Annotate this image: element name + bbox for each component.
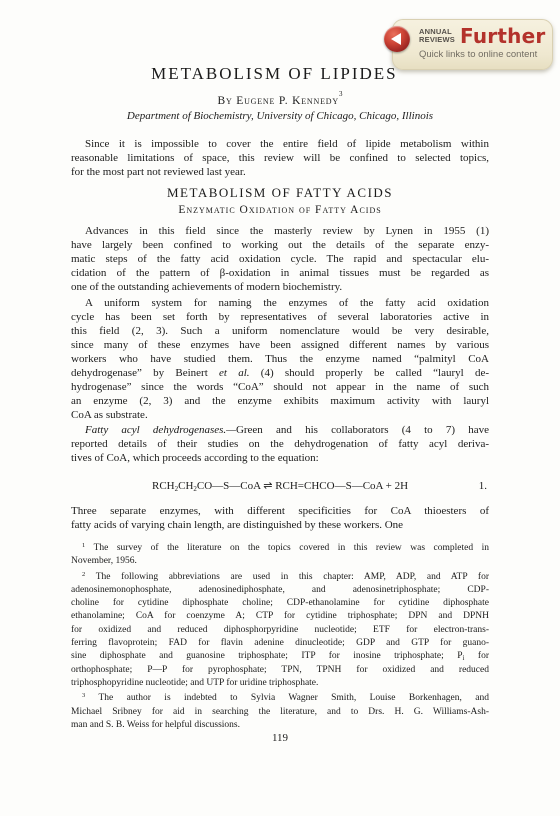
further-label: Further	[460, 26, 545, 46]
footnote-2: 2 The following abbreviations are used i…	[71, 571, 489, 691]
scanned-page: ANNUAL REVIEWS Further Quick links to on…	[0, 0, 560, 816]
equation-formula: RCH2CH2CO—S—CoA ⇌ RCH=CHCO—S—CoA + 2H	[71, 479, 489, 493]
section-heading: METABOLISM OF FATTY ACIDS	[71, 185, 489, 200]
footnotes-block: 1 The survey of the literature on the to…	[71, 542, 489, 734]
footnote-3: 3 The author is indebted to Sylvia Wagne…	[71, 692, 489, 732]
left-triangle-icon	[391, 33, 401, 45]
article-title-text: METABOLISM OF LIPIDES	[151, 64, 398, 83]
paragraph-advances: Advances in this field since the masterl…	[71, 224, 489, 294]
badge-tagline: Quick links to online content	[419, 49, 544, 60]
subsection-heading: Enzymatic Oxidation of Fatty Acids	[71, 203, 489, 217]
text-column: Since it is impossible to cover the enti…	[71, 0, 489, 816]
equation-number: 1.	[479, 479, 487, 493]
paragraph-fatty-acyl: Fatty acyl dehydrogenases.—Green and his…	[71, 423, 489, 465]
play-button-icon[interactable]	[384, 26, 410, 52]
paragraph-three-enzymes: Three separate enzymes, with different s…	[71, 504, 489, 532]
paragraph-uniform-system: A uniform system for naming the enzymes …	[71, 296, 489, 422]
annual-reviews-badge[interactable]: ANNUAL REVIEWS Further Quick links to on…	[392, 19, 553, 70]
equation-block: RCH2CH2CO—S—CoA ⇌ RCH=CHCO—S—CoA + 2H 1.	[71, 479, 489, 493]
annual-reviews-label: ANNUAL REVIEWS	[419, 28, 455, 44]
paragraph-intro: Since it is impossible to cover the enti…	[71, 137, 489, 179]
page-number: 119	[0, 732, 560, 744]
footnote-1: 1 The survey of the literature on the to…	[71, 542, 489, 569]
badge-body: ANNUAL REVIEWS Further Quick links to on…	[393, 20, 552, 60]
annual-reviews-line2: REVIEWS	[419, 36, 455, 44]
